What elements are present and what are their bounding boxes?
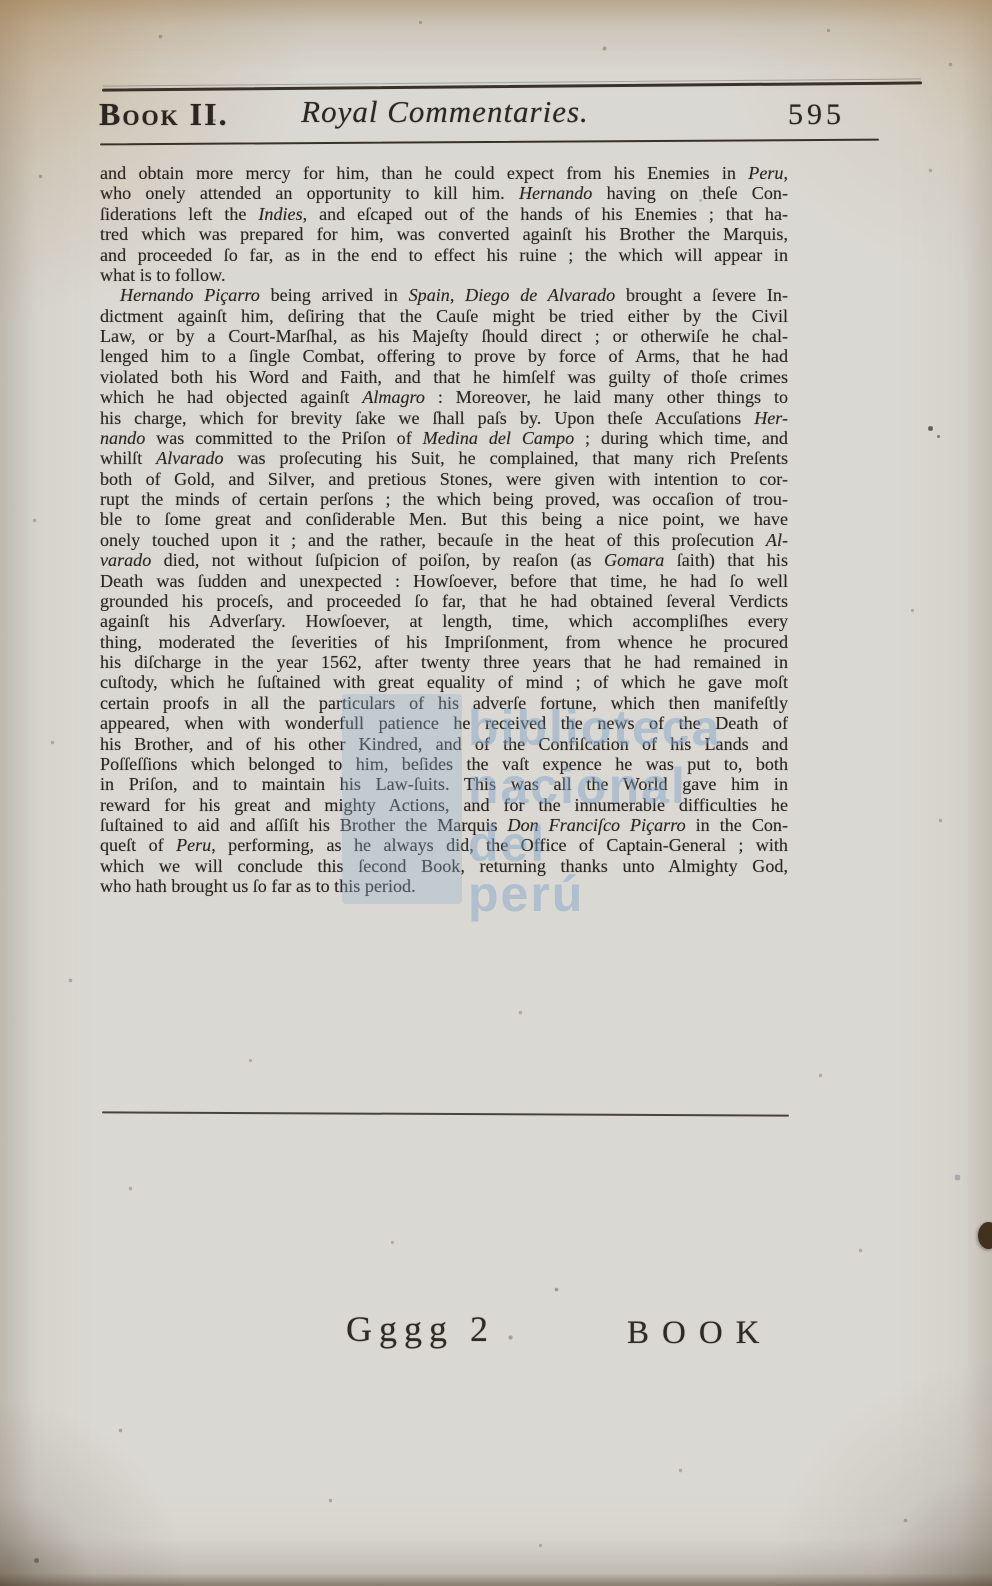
text-line: Death was ſudden and unexpected : Howſoe… [100, 571, 788, 591]
book-label: Book II. [99, 96, 229, 133]
text-line: reward for his great and mighty Actions,… [100, 795, 788, 815]
text-line: which he had objected againſt Almagro : … [100, 387, 788, 407]
text-line: queſt of Peru, performing, as he always … [100, 835, 788, 855]
text-line: thing, moderated the ſeverities of his I… [100, 632, 788, 652]
text-line: his Brother, and of his other Kindred, a… [100, 734, 788, 754]
text-line: dictment againſt him, deſiring that the … [100, 306, 788, 326]
text-line: his charge, which for brevity ſake we ſh… [100, 408, 788, 428]
text-line: appeared, when with wonderfull patience … [100, 713, 788, 733]
text-line: Law, or by a Court-Marſhal, as his Majeſ… [100, 326, 788, 346]
text-line: whilſt Alvarado was proſecuting his Suit… [100, 448, 788, 468]
text-line: his diſcharge in the year 1562, after tw… [100, 652, 788, 672]
book-page: Book II. Royal Commentaries. 595 and obt… [0, 0, 992, 1586]
catchword: BOOK [627, 1315, 773, 1352]
text-line: and proceeded ſo far, as in the end to e… [100, 245, 788, 265]
text-line: grounded his proceſs, and proceeded ſo f… [100, 591, 788, 611]
text-line: ſuſtained to aid and aſſiſt his Brother … [100, 815, 788, 835]
text-line: certain proofs in all the particulars of… [100, 693, 788, 713]
text-line: Poſſeſſions which belonged to him, beſid… [100, 754, 788, 774]
paragraph: and obtain more mercy for him, than he c… [100, 163, 788, 285]
text-line: nando was committed to the Priſon of Med… [100, 428, 788, 448]
text-line: in Priſon, and to maintain his Law-ſuits… [100, 774, 788, 794]
section-end-rule [102, 1111, 789, 1117]
text-line: varado died, not without ſuſpicion of po… [100, 550, 788, 570]
paragraph: Hernando Piçarro being arrived in Spain,… [100, 285, 788, 896]
text-line: lenged him to a ſingle Combat, offering … [100, 346, 788, 366]
page-number: 595 [788, 98, 845, 132]
ink-blot [978, 1222, 992, 1249]
header-rule-bottom [100, 139, 879, 146]
text-line: rupt the minds of certain perſons ; the … [100, 489, 788, 509]
text-line: and obtain more mercy for him, than he c… [100, 163, 788, 183]
text-line: ſiderations left the Indies, and eſcaped… [100, 204, 788, 224]
text-line: cuſtody, which he ſuſtained with great e… [100, 672, 788, 692]
text-line: who onely attended an opportunity to kil… [100, 183, 788, 203]
text-line: which we will conclude this ſecond Book,… [100, 856, 788, 876]
text-line: who hath brought us ſo far as to this pe… [100, 876, 788, 896]
page-body-text: and obtain more mercy for him, than he c… [100, 163, 788, 897]
text-line: ble to ſome great and conſiderable Men. … [100, 509, 788, 529]
text-line: both of Gold, and Silver, and pretious S… [100, 469, 788, 489]
running-title: Royal Commentaries. [300, 94, 590, 130]
signature-mark: Gggg 2 [346, 1308, 495, 1350]
paper-specks [0, 0, 1, 1]
text-line: tred which was prepared for him, was con… [100, 224, 788, 244]
text-line: onely touched upon it ; and the rather, … [100, 530, 788, 550]
text-line: violated both his Word and Faith, and th… [100, 367, 788, 387]
text-line: Hernando Piçarro being arrived in Spain,… [100, 285, 788, 305]
text-line: what is to follow. [100, 265, 788, 285]
header-rule-top [102, 81, 922, 91]
text-line: againſt his Adverſary. Howſoever, at len… [100, 611, 788, 631]
